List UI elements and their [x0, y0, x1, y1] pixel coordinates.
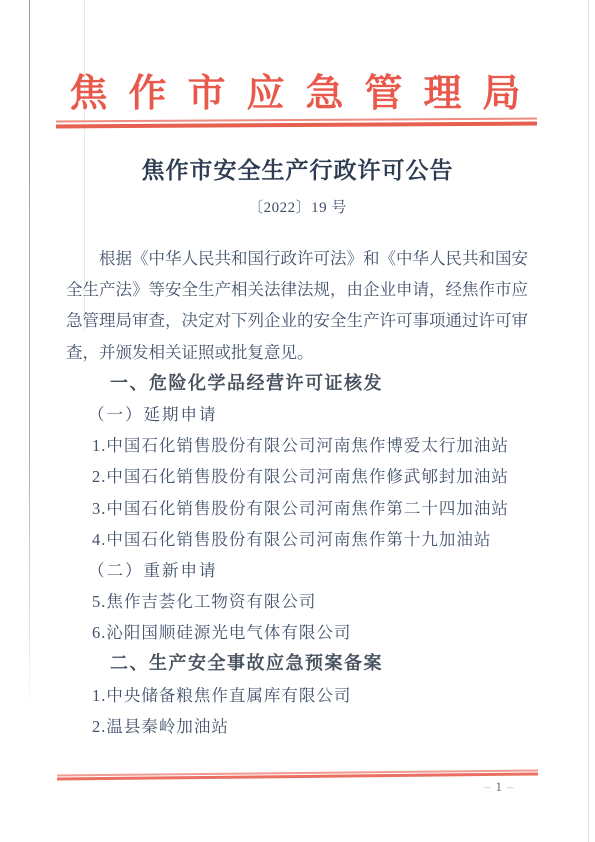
list-item: 1.中央储备粮焦作直属库有限公司 — [66, 680, 538, 711]
scan-edge-right-line — [588, 0, 589, 842]
list-item: 2.中国石化销售股份有限公司河南焦作修武郇封加油站 — [66, 461, 538, 492]
page-number-value: 1 — [493, 779, 508, 794]
list-item: 4.中国石化销售股份有限公司河南焦作第十九加油站 — [66, 524, 538, 555]
intro-line: 急管理局审查，决定对下列企业的安全生产许可事项通过许可审 — [66, 305, 538, 336]
footer-rule — [57, 769, 538, 780]
page-number-dash-left: – — [484, 779, 493, 794]
list-item: 3.中国石化销售股份有限公司河南焦作第二十四加油站 — [66, 493, 538, 524]
section-heading: 二、生产安全事故应急预案备案 — [66, 648, 538, 679]
masthead-rule — [56, 118, 537, 129]
page-number: –1– — [484, 779, 516, 795]
list-item: 1.中国石化销售股份有限公司河南焦作博爱太行加油站 — [66, 430, 538, 461]
intro-line: 查，并颁发相关证照或批复意见。 — [66, 337, 538, 368]
masthead-rule-thick-line — [56, 122, 537, 129]
intro-line: 根据《中华人民共和国行政许可法》和《中华人民共和国安 — [66, 243, 538, 274]
intro-line: 全生产法》等安全生产相关法律法规，由企业申请，经焦作市应 — [66, 274, 538, 305]
document-title: 焦作市安全生产行政许可公告 — [0, 152, 595, 185]
subsection-heading: （一）延期申请 — [66, 399, 538, 430]
list-item: 2.温县秦岭加油站 — [66, 711, 538, 742]
list-item: 6.沁阳国顺硅源光电气体有限公司 — [66, 617, 538, 648]
subsection-heading: （二）重新申请 — [66, 555, 538, 586]
agency-masthead: 焦作市应急管理局 — [0, 62, 595, 117]
document-number: 〔2022〕19 号 — [0, 196, 595, 217]
list-item: 5.焦作吉荟化工物资有限公司 — [66, 586, 538, 617]
document-body: 根据《中华人民共和国行政许可法》和《中华人民共和国安 全生产法》等安全生产相关法… — [66, 243, 538, 742]
page-number-dash-right: – — [507, 779, 516, 794]
section-heading: 一、危险化学品经营许可证核发 — [66, 368, 538, 399]
